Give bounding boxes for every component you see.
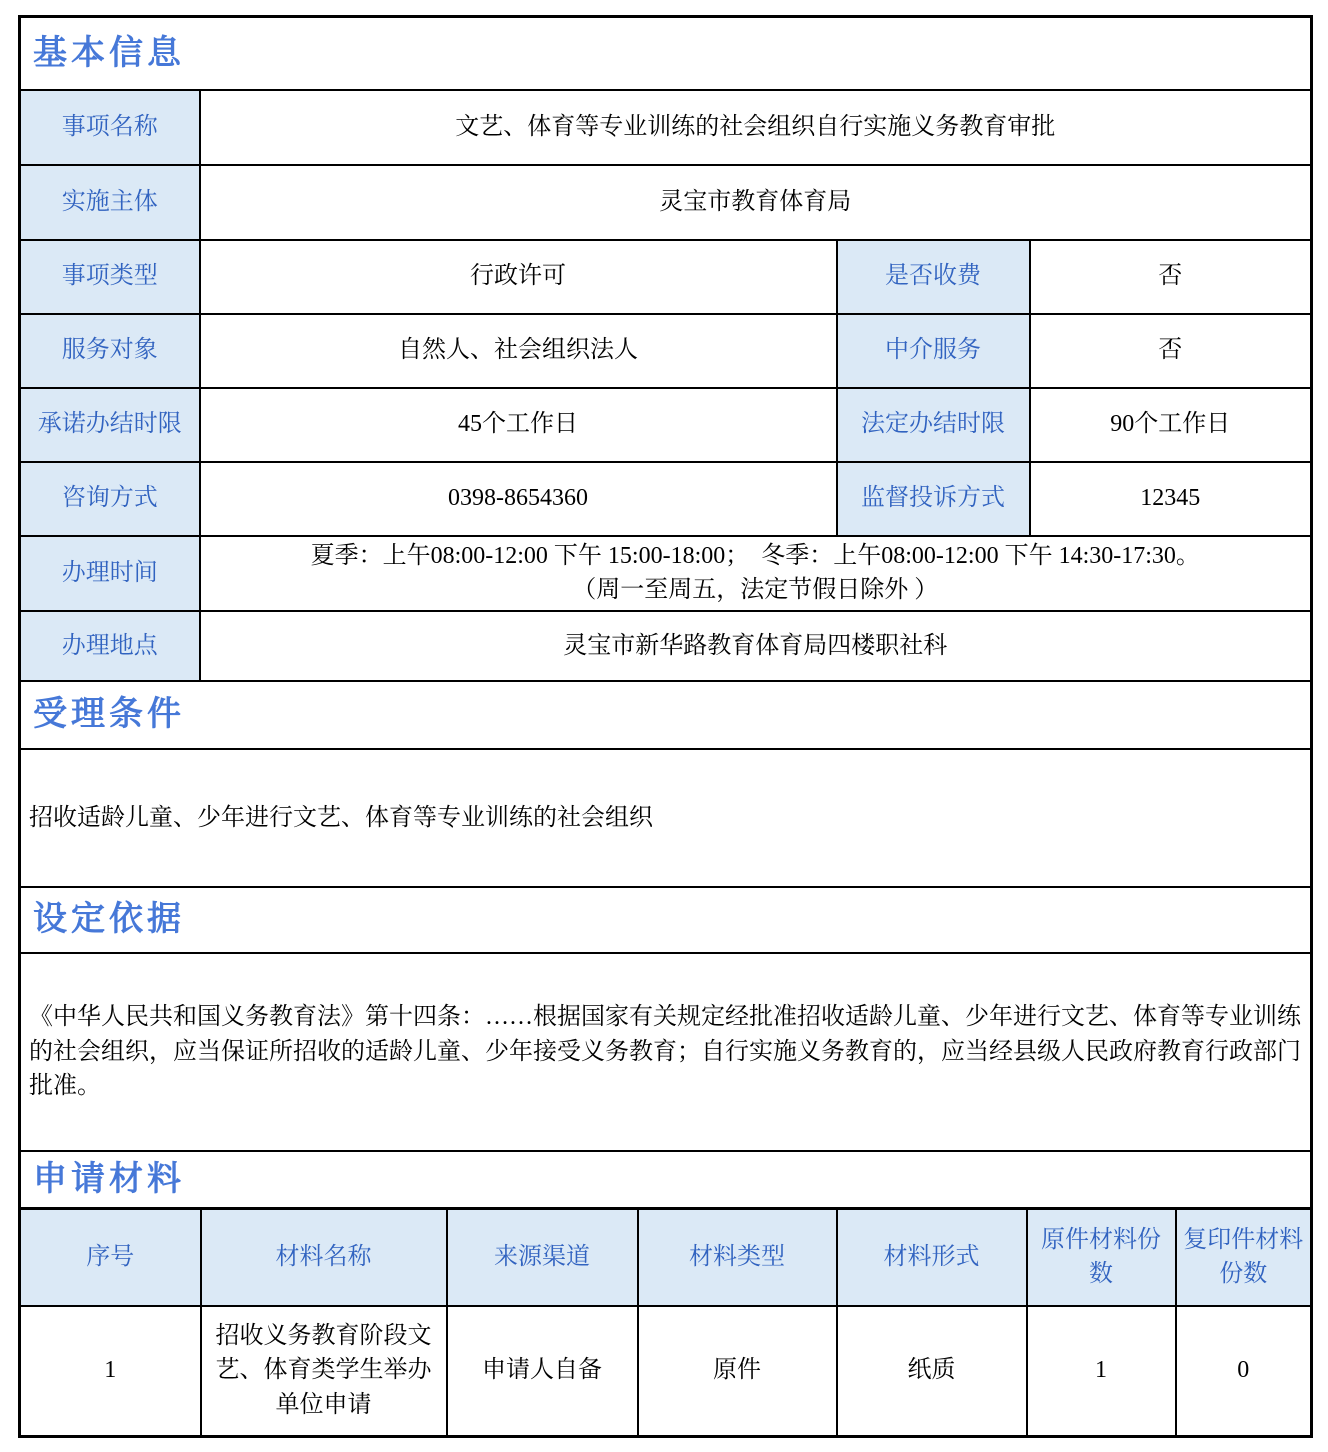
field-label-office-hours: 办理时间 (20, 536, 200, 612)
field-value-office-hours: 夏季：上午08:00-12:00 下午 15:00-18:00； 冬季：上午08… (200, 536, 1312, 612)
service-info-sheet: 基本信息 事项名称 文艺、体育等专业训练的社会组织自行实施义务教育审批 实施主体… (0, 0, 1328, 1450)
field-value-service-target: 自然人、社会组织法人 (200, 314, 837, 388)
column-header-photocopy-copies: 复印件材料份数 (1176, 1208, 1312, 1306)
column-header-material-name: 材料名称 (201, 1208, 447, 1306)
table-row: 实施主体 灵宝市教育体育局 (20, 165, 1312, 240)
table-row: 招收适龄儿童、少年进行文艺、体育等专业训练的社会组织 (20, 749, 1312, 887)
basic-info-title: 基本信息 (20, 17, 1312, 90)
field-label-legal-time-limit: 法定办结时限 (837, 388, 1030, 462)
basis-content: 《中华人民共和国义务教育法》第十四条：……根据国家有关规定经批准招收适龄儿童、少… (20, 953, 1312, 1151)
materials-data-row: 1 招收义务教育阶段文艺、体育类学生举办单位申请 申请人自备 原件 纸质 1 0 (20, 1306, 1312, 1436)
field-label-complaint-method: 监督投诉方式 (837, 462, 1030, 536)
materials-header-row: 序号 材料名称 来源渠道 材料类型 材料形式 原件材料份数 复印件材料份数 (20, 1208, 1312, 1306)
field-label-item-type: 事项类型 (20, 240, 200, 314)
table-row: 办理时间 夏季：上午08:00-12:00 下午 15:00-18:00； 冬季… (20, 536, 1312, 612)
field-label-intermediary-service: 中介服务 (837, 314, 1030, 388)
field-label-consultation-method: 咨询方式 (20, 462, 200, 536)
table-row: 事项名称 文艺、体育等专业训练的社会组织自行实施义务教育审批 (20, 90, 1312, 165)
field-label-office-location: 办理地点 (20, 611, 200, 681)
table-row: 咨询方式 0398-8654360 监督投诉方式 12345 (20, 462, 1312, 536)
section-header-basis: 设定依据 (20, 887, 1312, 953)
field-value-complaint-method: 12345 (1030, 462, 1312, 536)
materials-table: 序号 材料名称 来源渠道 材料类型 材料形式 原件材料份数 复印件材料份数 1 … (18, 1207, 1313, 1438)
column-header-index: 序号 (20, 1208, 201, 1306)
field-value-implementing-body: 灵宝市教育体育局 (200, 165, 1312, 240)
table-row: 《中华人民共和国义务教育法》第十四条：……根据国家有关规定经批准招收适龄儿童、少… (20, 953, 1312, 1151)
field-value-intermediary-service: 否 (1030, 314, 1312, 388)
basic-info-table: 基本信息 事项名称 文艺、体育等专业训练的社会组织自行实施义务教育审批 实施主体… (18, 15, 1313, 1210)
field-value-legal-time-limit: 90个工作日 (1030, 388, 1312, 462)
field-value-item-name: 文艺、体育等专业训练的社会组织自行实施义务教育审批 (200, 90, 1312, 165)
table-row: 服务对象 自然人、社会组织法人 中介服务 否 (20, 314, 1312, 388)
material-source-channel: 申请人自备 (447, 1306, 638, 1436)
acceptance-title: 受理条件 (20, 681, 1312, 749)
field-label-service-target: 服务对象 (20, 314, 200, 388)
material-name: 招收义务教育阶段文艺、体育类学生举办单位申请 (201, 1306, 447, 1436)
field-value-fee-charged: 否 (1030, 240, 1312, 314)
field-label-implementing-body: 实施主体 (20, 165, 200, 240)
field-value-item-type: 行政许可 (200, 240, 837, 314)
material-original-copies: 1 (1027, 1306, 1176, 1436)
field-value-consultation-method: 0398-8654360 (200, 462, 837, 536)
material-form: 纸质 (837, 1306, 1027, 1436)
column-header-material-type: 材料类型 (638, 1208, 837, 1306)
section-header-materials: 申请材料 (20, 1151, 1312, 1208)
column-header-original-copies: 原件材料份数 (1027, 1208, 1176, 1306)
section-header-acceptance: 受理条件 (20, 681, 1312, 749)
field-value-promised-time-limit: 45个工作日 (200, 388, 837, 462)
basis-title: 设定依据 (20, 887, 1312, 953)
table-row: 事项类型 行政许可 是否收费 否 (20, 240, 1312, 314)
column-header-material-form: 材料形式 (837, 1208, 1027, 1306)
acceptance-content: 招收适龄儿童、少年进行文艺、体育等专业训练的社会组织 (20, 749, 1312, 887)
field-value-office-location: 灵宝市新华路教育体育局四楼职社科 (200, 611, 1312, 681)
field-label-fee-charged: 是否收费 (837, 240, 1030, 314)
section-header-basic-info: 基本信息 (20, 17, 1312, 90)
material-type: 原件 (638, 1306, 837, 1436)
field-label-item-name: 事项名称 (20, 90, 200, 165)
material-photocopy-copies: 0 (1176, 1306, 1312, 1436)
field-label-promised-time-limit: 承诺办结时限 (20, 388, 200, 462)
column-header-source-channel: 来源渠道 (447, 1208, 638, 1306)
materials-title: 申请材料 (20, 1151, 1312, 1208)
table-row: 办理地点 灵宝市新华路教育体育局四楼职社科 (20, 611, 1312, 681)
table-row: 承诺办结时限 45个工作日 法定办结时限 90个工作日 (20, 388, 1312, 462)
material-index: 1 (20, 1306, 201, 1436)
